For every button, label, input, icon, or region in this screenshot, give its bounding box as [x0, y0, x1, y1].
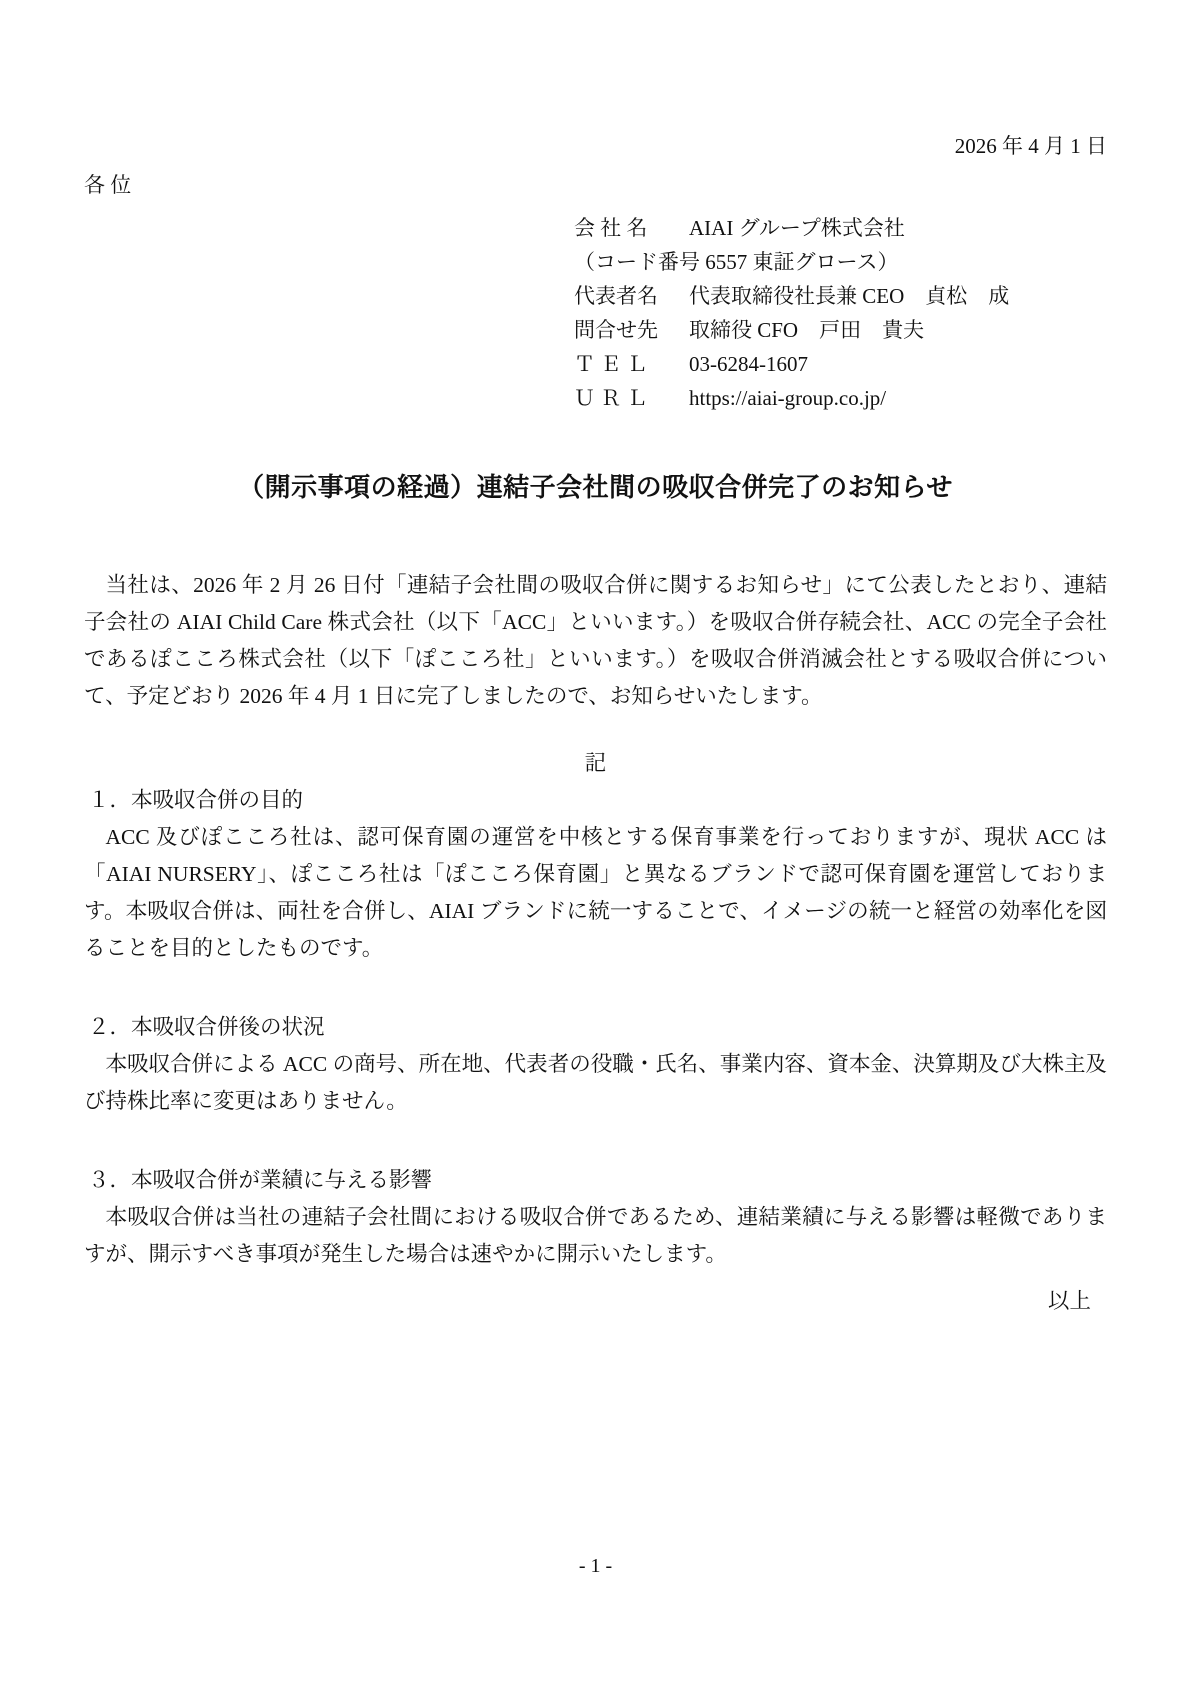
- record-marker: 記: [84, 745, 1107, 782]
- section-business-impact: ３．本吸収合併が業績に与える影響 本吸収合併は当社の連結子会社間における吸収合併…: [84, 1162, 1107, 1273]
- tel-label: Ｔ Ｅ Ｌ: [574, 347, 689, 381]
- company-info-block: 会 社 名 AIAI グループ株式会社 （コード番号 6557 東証グロース） …: [574, 211, 1107, 415]
- tel-value: 03-6284-1607: [689, 347, 1107, 381]
- page-number: - 1 -: [0, 1552, 1191, 1580]
- company-name-label: 会 社 名: [574, 211, 689, 245]
- section-purpose-heading: １．本吸収合併の目的: [84, 782, 1107, 819]
- section-purpose: １．本吸収合併の目的 ACC 及びぽこころ社は、認可保育園の運営を中核とする保育…: [84, 782, 1107, 967]
- section-post-merger-status-heading: ２．本吸収合併後の状況: [84, 1009, 1107, 1046]
- section-business-impact-body: 本吸収合併は当社の連結子会社間における吸収合併であるため、連結業績に与える影響は…: [84, 1199, 1107, 1273]
- section-post-merger-status-body: 本吸収合併による ACC の商号、所在地、代表者の役職・氏名、事業内容、資本金、…: [84, 1046, 1107, 1120]
- stock-code-line: （コード番号 6557 東証グロース）: [574, 245, 1107, 279]
- tel-row: Ｔ Ｅ Ｌ 03-6284-1607: [574, 347, 1107, 381]
- company-name-value: AIAI グループ株式会社: [689, 211, 1107, 245]
- url-value: https://aiai-group.co.jp/: [689, 381, 1107, 415]
- closing-marker: 以上: [84, 1283, 1107, 1320]
- company-name-row: 会 社 名 AIAI グループ株式会社: [574, 211, 1107, 245]
- representative-value: 代表取締役社長兼 CEO 貞松 成: [689, 279, 1107, 313]
- representative-row: 代表者名 代表取締役社長兼 CEO 貞松 成: [574, 279, 1107, 313]
- url-row: Ｕ Ｒ Ｌ https://aiai-group.co.jp/: [574, 381, 1107, 415]
- document-title: （開示事項の経過）連結子会社間の吸収合併完了のお知らせ: [84, 471, 1107, 505]
- contact-row: 問合せ先 取締役 CFO 戸田 貴夫: [574, 313, 1107, 347]
- section-business-impact-heading: ３．本吸収合併が業績に与える影響: [84, 1162, 1107, 1199]
- section-post-merger-status: ２．本吸収合併後の状況 本吸収合併による ACC の商号、所在地、代表者の役職・…: [84, 1009, 1107, 1120]
- url-label: Ｕ Ｒ Ｌ: [574, 381, 689, 415]
- document-page: 2026 年 4 月 1 日 各 位 会 社 名 AIAI グループ株式会社 （…: [0, 0, 1191, 1684]
- representative-label: 代表者名: [574, 279, 689, 313]
- document-date: 2026 年 4 月 1 日: [84, 132, 1107, 160]
- lead-paragraph: 当社は、2026 年 2 月 26 日付「連結子会社間の吸収合併に関するお知らせ…: [84, 567, 1107, 715]
- contact-value: 取締役 CFO 戸田 貴夫: [689, 313, 1107, 347]
- addressee: 各 位: [84, 171, 1107, 199]
- section-purpose-body: ACC 及びぽこころ社は、認可保育園の運営を中核とする保育事業を行っておりますが…: [84, 819, 1107, 967]
- contact-label: 問合せ先: [574, 313, 689, 347]
